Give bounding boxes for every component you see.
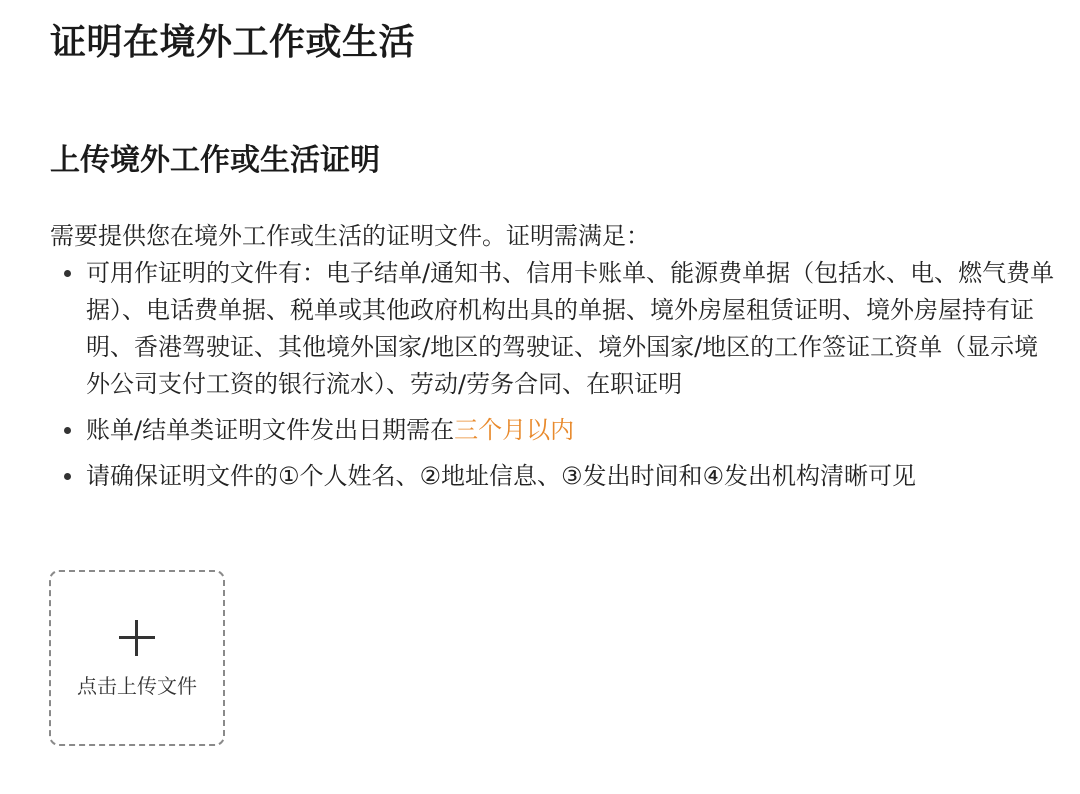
requirement-item: 请确保证明文件的①个人姓名、②地址信息、③发出时间和④发出机构清晰可见 — [50, 458, 1060, 495]
requirement-text: 账单/结单类证明文件发出日期需在 — [86, 416, 454, 444]
section-title: 上传境外工作或生活证明 — [50, 135, 380, 179]
requirement-text: 请确保证明文件的①个人姓名、②地址信息、③发出时间和④发出机构清晰可见 — [86, 462, 916, 490]
requirement-item: 可用作证明的文件有：电子结单/通知书、信用卡账单、能源费单据（包括水、电、燃气费… — [50, 255, 1060, 403]
requirements-list: 可用作证明的文件有：电子结单/通知书、信用卡账单、能源费单据（包括水、电、燃气费… — [50, 255, 1060, 504]
page-title: 证明在境外工作或生活 — [50, 14, 415, 65]
requirements-intro: 需要提供您在境外工作或生活的证明文件。证明需满足： — [50, 218, 650, 255]
bullet-icon — [64, 473, 71, 480]
requirement-item: 账单/结单类证明文件发出日期需在三个月以内 — [50, 412, 1060, 449]
bullet-icon — [64, 427, 71, 434]
requirement-text: 可用作证明的文件有：电子结单/通知书、信用卡账单、能源费单据（包括水、电、燃气费… — [86, 259, 1054, 398]
requirement-highlight: 三个月以内 — [454, 416, 574, 444]
plus-icon — [119, 620, 155, 656]
upload-label: 点击上传文件 — [77, 670, 197, 699]
upload-file-button[interactable]: 点击上传文件 — [49, 570, 225, 746]
bullet-icon — [64, 270, 71, 277]
